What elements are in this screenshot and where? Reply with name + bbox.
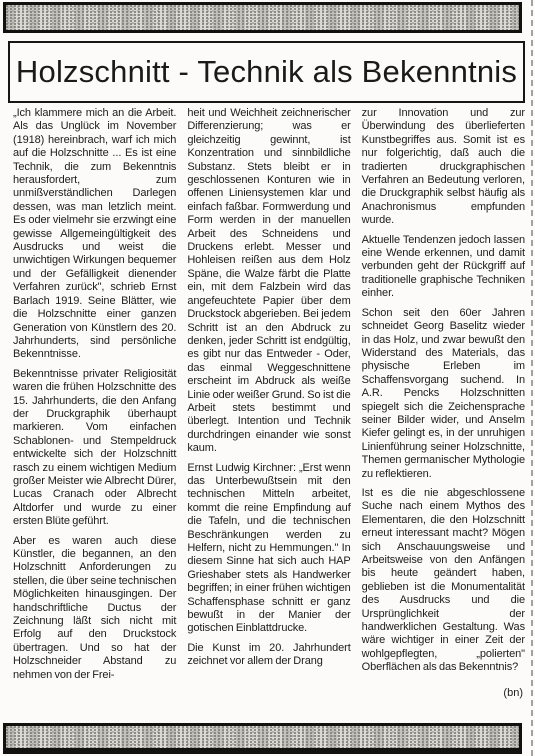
article-body: „Ich klammere mich an die Arbeit. Als da… (13, 107, 525, 721)
text-column-3: zur Innovation und zur Überwindung des ü… (362, 107, 525, 721)
paragraph: Ernst Ludwig Kirchner: „Erst wenn das Un… (187, 462, 350, 636)
paragraph: Die Kunst im 20. Jahrhundert zeichnet vo… (187, 642, 350, 669)
paragraph: „Ich klammere mich an die Arbeit. Als da… (13, 107, 176, 362)
text-column-2: heit und Weichheit zeichnerischer Differ… (187, 107, 350, 721)
byline: (bn) (362, 687, 525, 700)
paragraph: Ist es die nie abgeschlossene Suche nach… (362, 487, 525, 675)
paragraph: Aktuelle Tendenzen jedoch lassen eine We… (362, 234, 525, 301)
paragraph: zur Innovation und zur Überwindung des ü… (362, 107, 525, 228)
paragraph: heit und Weichheit zeichnerischer Differ… (187, 107, 350, 456)
paragraph: Schon seit den 60er Jahren schneidet Geo… (362, 307, 525, 481)
paragraph: Aber es waren auch diese Künstler, die b… (13, 535, 176, 682)
scanned-article-page: Holzschnitt - Technik als Bekenntnis „Ic… (0, 0, 535, 756)
paragraph: Bekenntnisse privater Religiosität waren… (13, 368, 176, 529)
text-column-1: „Ich klammere mich an die Arbeit. Als da… (13, 107, 176, 721)
halftone-strip-bottom (3, 723, 522, 754)
article-title: Holzschnitt - Technik als Bekenntnis (16, 54, 517, 90)
scan-edge-line (531, 0, 533, 756)
halftone-strip-top (3, 2, 522, 33)
article-title-box: Holzschnitt - Technik als Bekenntnis (8, 41, 525, 103)
